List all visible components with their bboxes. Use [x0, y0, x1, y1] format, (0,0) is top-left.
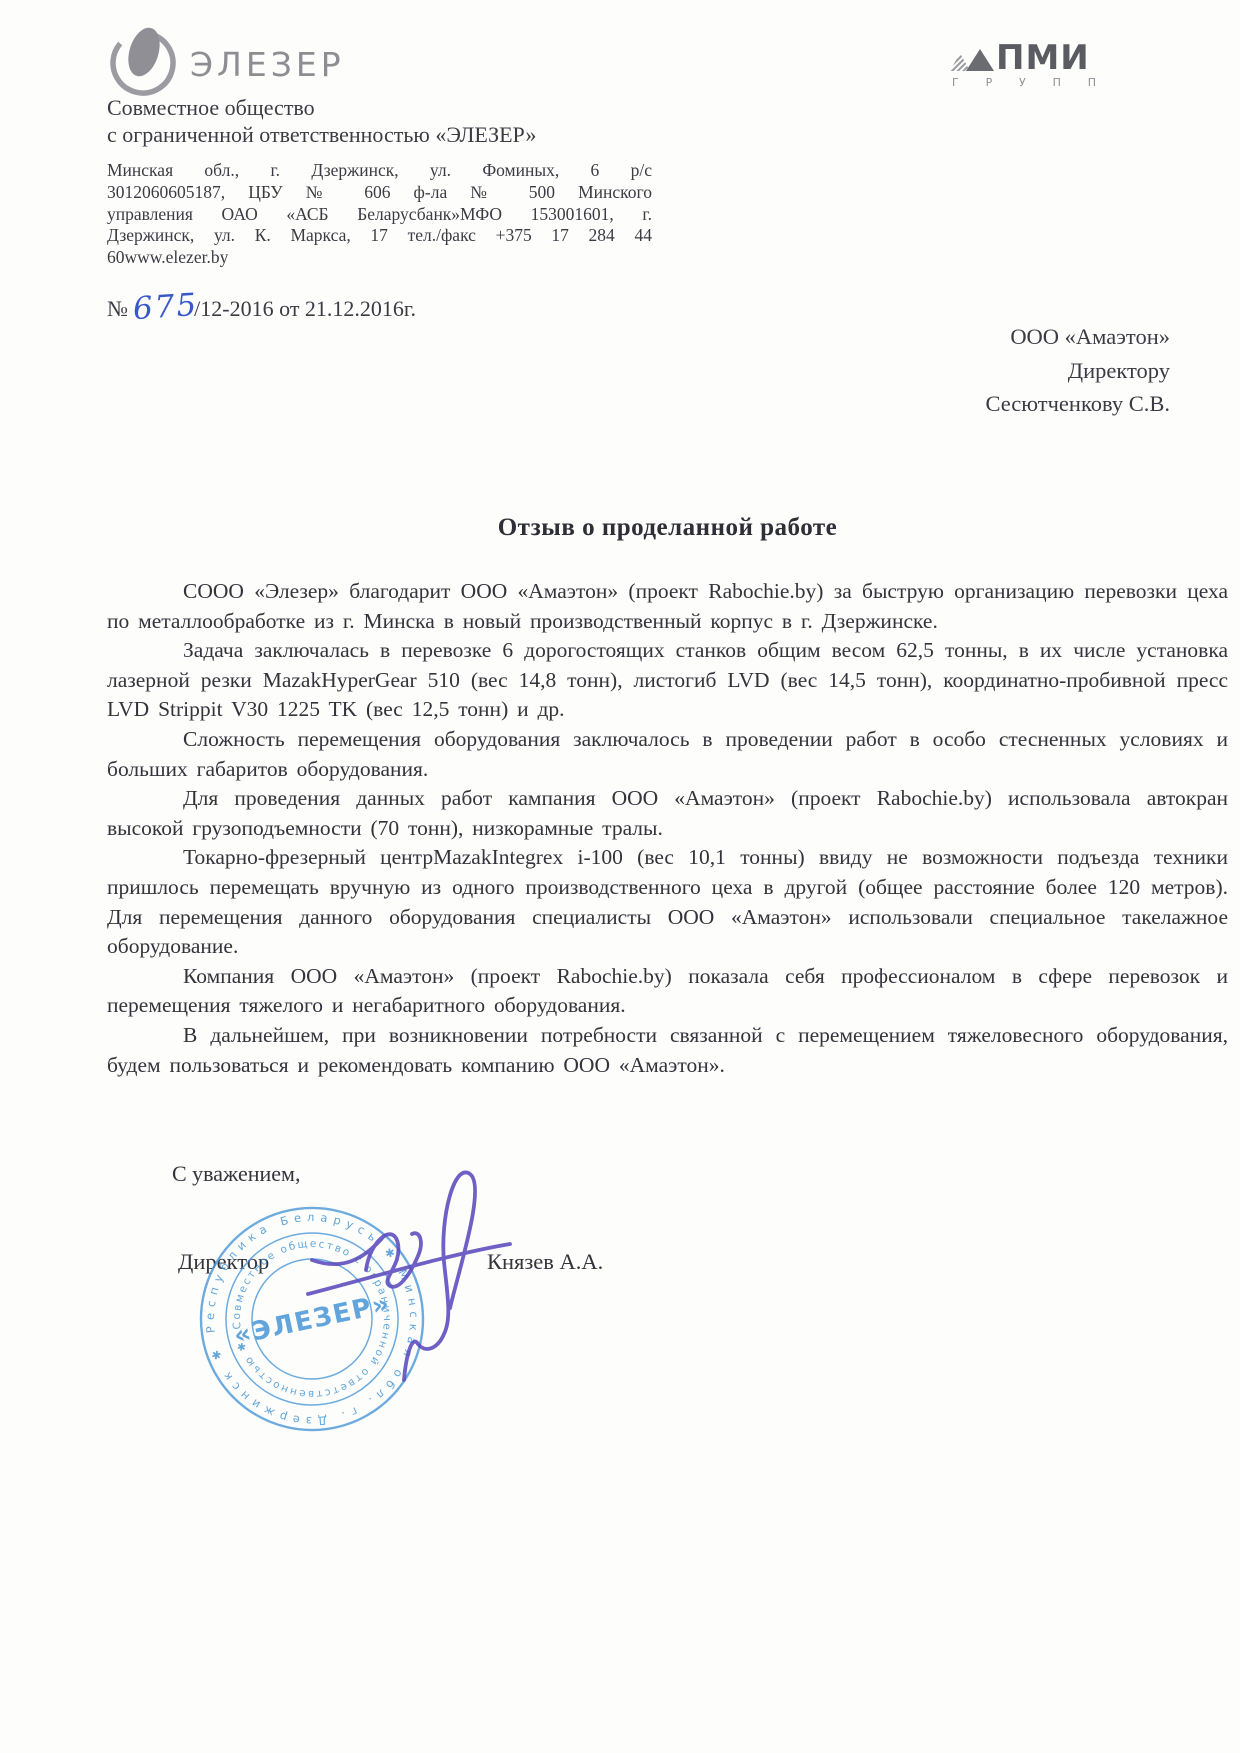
paragraph: Задача заключалась в перевозке 6 дорогос… — [107, 636, 1228, 725]
company-address: Минская обл., г. Дзержинск, ул. Фоминых,… — [107, 160, 652, 269]
letter-title: Отзыв о проделанной работе — [107, 514, 1228, 542]
elezer-leaf-icon — [104, 22, 184, 100]
company-name: Совместное общество с ограниченной ответ… — [107, 94, 536, 148]
paragraph: В дальнейшем, при возникновении потребно… — [107, 1021, 1228, 1080]
address-line: Дзержинск, ул. К. Маркса, 17 тел./факс +… — [107, 225, 652, 247]
pmi-logo: ПМИ ГРУПП — [950, 42, 1098, 89]
director-signature — [300, 1156, 530, 1400]
paragraph: Компания ООО «Амаэтон» (проект Rabochie.… — [107, 962, 1228, 1021]
addressee-position: Директору — [985, 354, 1170, 388]
address-line: 3012060605187, ЦБУ № 606 ф-ла № 500 Минс… — [107, 182, 652, 204]
company-name-line1: Совместное общество — [107, 94, 536, 121]
addressee-company: ООО «Амаэтон» — [985, 320, 1170, 354]
company-name-line2: с ограниченной ответственностью «ЭЛЕЗЕР» — [107, 121, 536, 148]
elezer-wordmark: ЭЛЕЗЕР — [190, 45, 345, 84]
addressee-block: ООО «Амаэтон» Директору Сесютченкову С.В… — [985, 320, 1170, 421]
pmi-triangles-icon — [950, 49, 996, 71]
paragraph: Для проведения данных работ кампания ООО… — [107, 784, 1228, 843]
doc-number-suffix: /12-2016 от 21.12.2016г. — [194, 296, 416, 321]
document-number: №675/12-2016 от 21.12.2016г. — [107, 288, 416, 324]
handwritten-number: 675 — [132, 287, 200, 327]
doc-number-prefix: № — [107, 296, 128, 321]
paragraph: Сложность перемещения оборудования заклю… — [107, 725, 1228, 784]
letter-body: СООО «Элезер» благодарит ООО «Амаэтон» (… — [107, 577, 1228, 1080]
elezer-logo: ЭЛЕЗЕР — [104, 22, 345, 100]
address-line: управления ОАО «АСБ Беларусбанк»МФО 1530… — [107, 204, 652, 226]
address-line: 60www.elezer.by — [107, 247, 652, 269]
paragraph: Токарно-фрезерный центрMazakIntegrex i-1… — [107, 843, 1228, 961]
scanned-letter-page: ЭЛЕЗЕР ПМИ ГРУПП Совместное общество с о… — [0, 0, 1240, 1753]
addressee-name: Сесютченкову С.В. — [985, 387, 1170, 421]
paragraph: СООО «Элезер» благодарит ООО «Амаэтон» (… — [107, 577, 1228, 636]
address-line: Минская обл., г. Дзержинск, ул. Фоминых,… — [107, 160, 652, 182]
pmi-wordmark: ПМИ — [996, 42, 1090, 74]
closing-phrase: С уважением, — [172, 1161, 300, 1187]
